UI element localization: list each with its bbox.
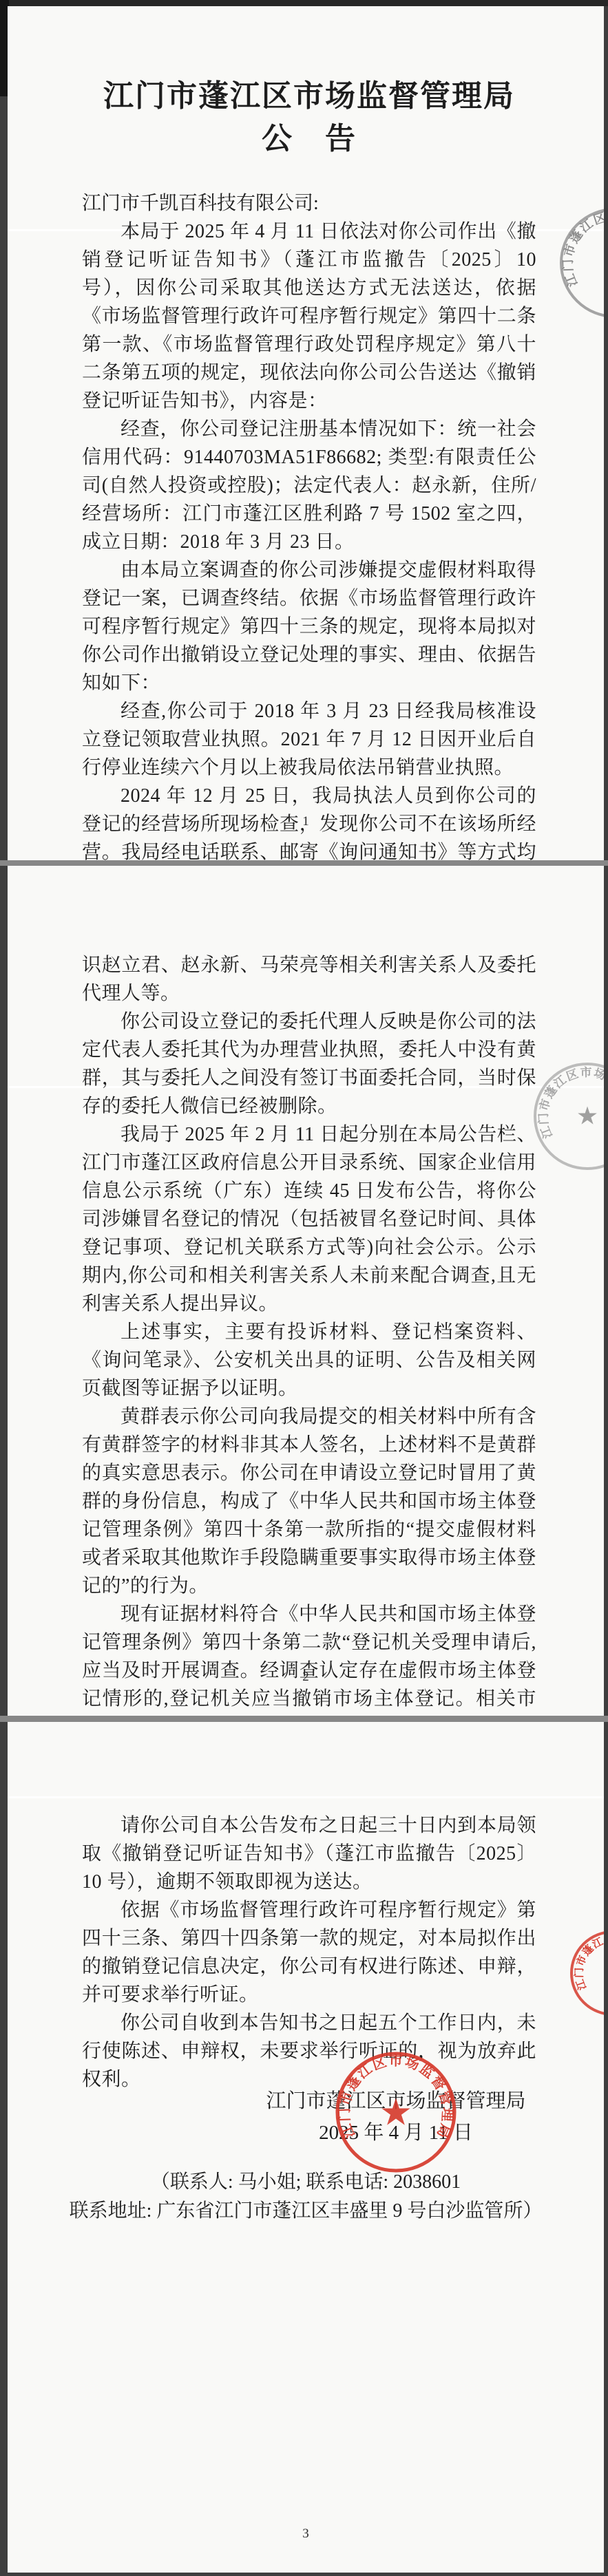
signature-issuer: 江门市蓬江区市场监督管理局 bbox=[258, 2085, 534, 2117]
paragraph: 黄群表示你公司向我局提交的相关材料中所有含有黄群签字的材料非其本人签名，上述材料… bbox=[82, 1403, 536, 1600]
document-title-line1: 江门市蓬江区市场监督管理局 bbox=[82, 78, 536, 115]
paragraph: 上述事实，主要有投诉材料、登记档案资料、《询问笔录》、公安机关出具的证明、公告及… bbox=[82, 1318, 536, 1403]
document-title-line2: 公 告 bbox=[82, 120, 536, 158]
paragraph: 你公司设立登记的委托代理人反映是你公司的法定代表人委托其代为办理营业执照，委托人… bbox=[82, 1008, 536, 1120]
addressee-line: 江门市千凯百科技有限公司: bbox=[82, 189, 536, 217]
paragraph: 经查，你公司登记注册基本情况如下：统一社会信用代码：91440703MA51F8… bbox=[82, 415, 536, 556]
paragraph: 本局于 2025 年 4 月 11 日依法对你公司作出《撤销登记听证告知书》（蓬… bbox=[82, 217, 536, 415]
page-number: 1 bbox=[8, 814, 604, 829]
scanned-announcement-document: 江门市蓬江区市场监督管理局 江门市蓬江区市场监督管理局 公 告 江门市千凯百科技… bbox=[0, 0, 608, 2576]
page-divider bbox=[0, 1716, 608, 1722]
signature-date: 2025 年 4 月 11 日 bbox=[258, 2117, 534, 2149]
signature-block: 江门市蓬江区市场监督管理局 2025 年 4 月 11 日 bbox=[258, 2085, 534, 2149]
paragraph: 经查,你公司于 2018 年 3 月 23 日经我局核准设立登记领取营业执照。2… bbox=[82, 697, 536, 782]
page-2: 江门市蓬江区市场监督管理局 ★ 识赵立君、赵永新、马荣亮等相关利害关系人及委托代… bbox=[8, 866, 604, 1716]
page-3: 江门市蓬江区市场监督管理局 请你公司自本公告发布之日起三十日内到本局领取《撤销登… bbox=[8, 1722, 604, 2573]
paragraph-continuation: 识赵立君、赵永新、马荣亮等相关利害关系人及委托代理人等。 bbox=[82, 951, 536, 1008]
page-number: 3 bbox=[8, 2526, 604, 2542]
page-2-content: 识赵立君、赵永新、马荣亮等相关利害关系人及委托代理人等。 你公司设立登记的委托代… bbox=[8, 866, 604, 1716]
paragraph: 由本局立案调查的你公司涉嫌提交虚假材料取得登记一案，已调查终结。依据《市场监督管… bbox=[82, 556, 536, 697]
contact-block: （联系人: 马小姐; 联系电话: 2038601 联系地址: 广东省江门市蓬江区… bbox=[8, 2168, 604, 2226]
contact-line2: 联系地址: 广东省江门市蓬江区丰盛里 9 号白沙监管所） bbox=[8, 2197, 604, 2226]
scan-top-edge bbox=[0, 0, 608, 6]
paragraph: 依据《市场监督管理行政许可程序暂行规定》第四十三条、第四十四条第一款的规定，对本… bbox=[82, 1896, 536, 2009]
paragraph: 现有证据材料符合《中华人民共和国市场主体登记管理条例》第四十条第二款“登记机关受… bbox=[82, 1600, 536, 1716]
paragraph: 你公司自收到本告知书之日起五个工作日内，未行使陈述、申辩权，未要求举行听证的，视… bbox=[82, 2009, 536, 2094]
page-divider bbox=[0, 860, 608, 866]
page-1: 江门市蓬江区市场监督管理局 江门市蓬江区市场监督管理局 公 告 江门市千凯百科技… bbox=[8, 6, 604, 860]
paragraph: 我局于 2025 年 2 月 11 日起分别在本局公告栏、江门市蓬江区政府信息公… bbox=[82, 1120, 536, 1318]
page-3-content: 请你公司自本公告发布之日起三十日内到本局领取《撤销登记听证告知书》（蓬江市监撤告… bbox=[8, 1722, 604, 2094]
page-number: 2 bbox=[8, 1670, 604, 1685]
paragraph: 请你公司自本公告发布之日起三十日内到本局领取《撤销登记听证告知书》（蓬江市监撤告… bbox=[82, 1811, 536, 1896]
contact-line1: （联系人: 马小姐; 联系电话: 2038601 bbox=[8, 2168, 604, 2197]
page-1-content: 江门市蓬江区市场监督管理局 公 告 江门市千凯百科技有限公司: 本局于 2025… bbox=[8, 78, 604, 860]
